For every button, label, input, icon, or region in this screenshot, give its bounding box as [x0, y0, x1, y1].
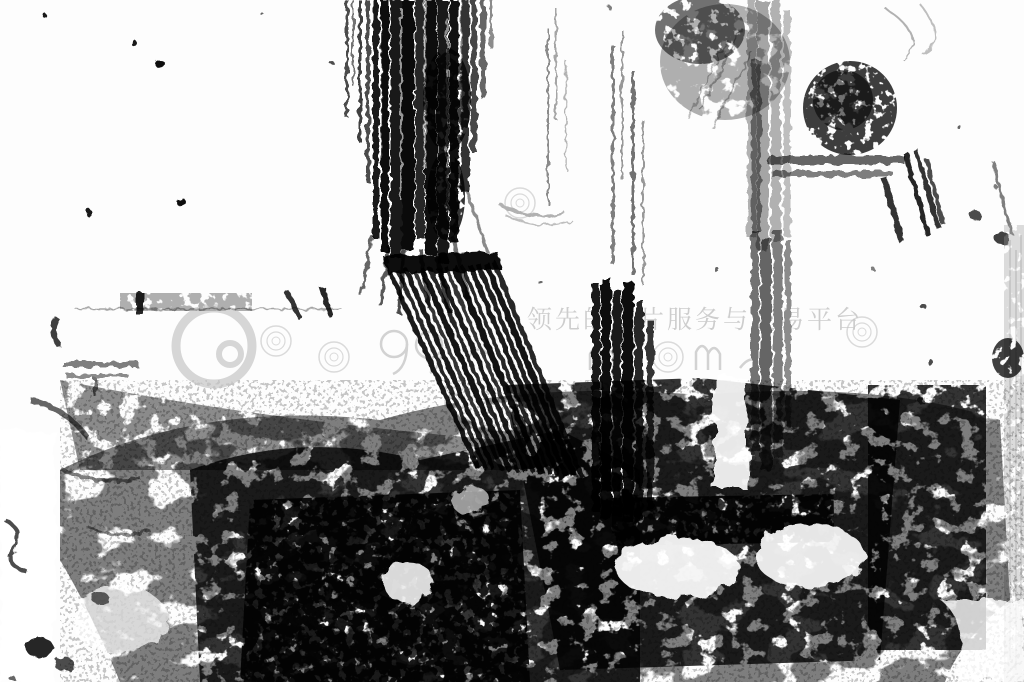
screenshot-root: 领先的图片服务与交易平台	[0, 0, 1024, 682]
bottom-ink-field	[60, 378, 1024, 682]
abstract-ink-artwork: 领先的图片服务与交易平台	[0, 0, 1024, 682]
watermark-slogan: 领先的图片服务与交易平台	[527, 305, 863, 334]
top-right-round-blob	[803, 61, 897, 155]
